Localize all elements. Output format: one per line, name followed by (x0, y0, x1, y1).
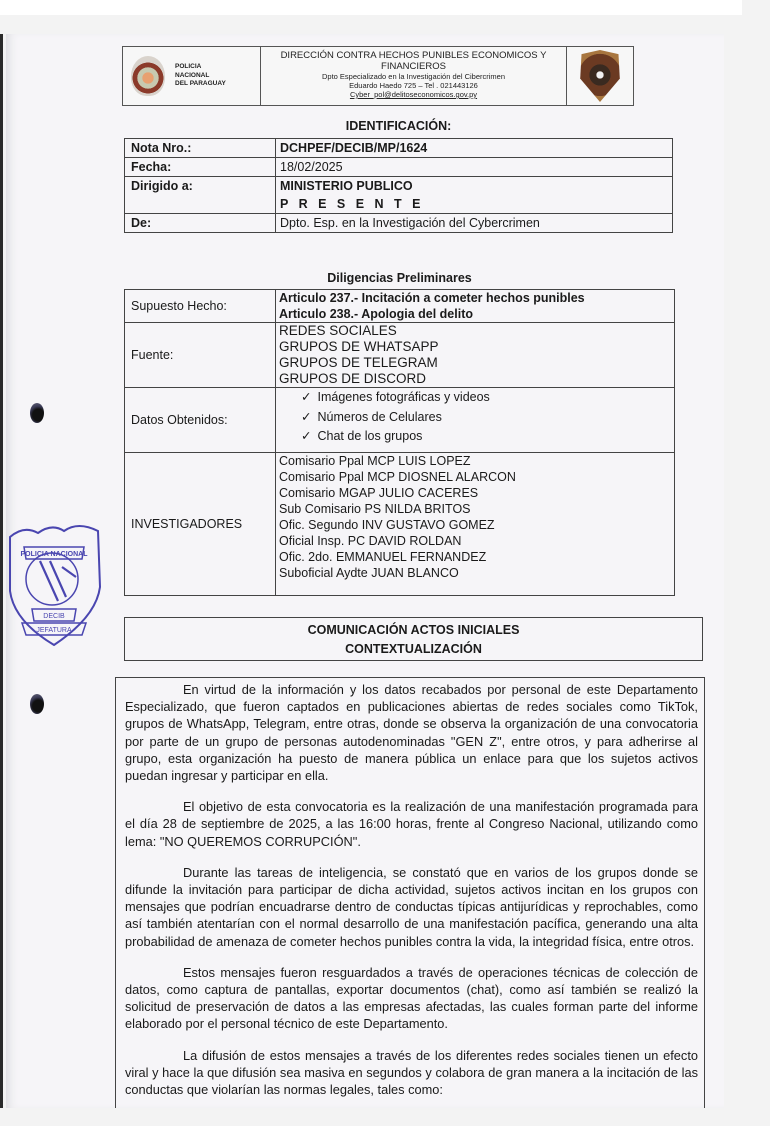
decib-jefatura-stamp-icon: POLICIA NACIONAL DECIB JEFATURA (4, 517, 104, 649)
top-strip (0, 0, 742, 15)
fecha-label: Fecha: (125, 158, 276, 177)
letterhead-right (566, 47, 633, 105)
dirigido-label: Dirigido a: (125, 177, 276, 214)
de-label: De: (125, 214, 276, 233)
diligencias-table: Supuesto Hecho: Articulo 237.- Incitació… (124, 289, 675, 596)
svg-text:POLICIA NACIONAL: POLICIA NACIONAL (20, 551, 88, 558)
letterhead-left: POLICIA NACIONAL DEL PARAGUAY (123, 47, 261, 105)
identificacion-title: IDENTIFICACIÓN: (124, 119, 673, 133)
identificacion-table: Nota Nro.: DCHPEF/DECIB/MP/1624 Fecha: 1… (124, 138, 673, 233)
table-row: Supuesto Hecho: Articulo 237.- Incitació… (125, 290, 675, 323)
supuesto-hecho-label: Supuesto Hecho: (125, 290, 276, 323)
address: Eduardo Haedo 725 – Tel . 021443126 (261, 81, 566, 90)
nota-value: DCHPEF/DECIB/MP/1624 (276, 139, 673, 158)
body-text-box: En virtud de la información y los datos … (115, 677, 705, 1117)
fecha-value: 18/02/2025 (276, 158, 673, 177)
table-row: Dirigido a: MINISTERIO PUBLICO P R E S E… (125, 177, 673, 214)
list-item: ✓Números de Celulares (279, 408, 670, 428)
check-icon: ✓ (301, 410, 311, 424)
paragraph: El objetivo de esta convocatoria es la r… (125, 798, 698, 850)
table-row: INVESTIGADORES Comisario Ppal MCP LUIS L… (125, 453, 675, 596)
paragraph: Estos mensajes fueron resguardados a tra… (125, 964, 698, 1033)
bottom-margin (0, 1108, 770, 1126)
check-icon: ✓ (301, 390, 311, 404)
paragraph: La difusión de estos mensajes a través d… (125, 1047, 698, 1099)
fuente-label: Fuente: (125, 323, 276, 388)
policia-nacional-emblem-icon (131, 56, 165, 96)
dirigido-value: MINISTERIO PUBLICO P R E S E N T E (276, 177, 673, 214)
police-badge-shield-icon (578, 50, 622, 102)
paragraph: Durante las tareas de inteligencia, se c… (125, 864, 698, 950)
comunicacion-header: COMUNICACIÓN ACTOS INICIALES CONTEXTUALI… (124, 617, 703, 661)
investigadores-list: Comisario Ppal MCP LUIS LOPEZ Comisario … (276, 453, 675, 596)
list-item: ✓Imágenes fotográficas y videos (279, 388, 670, 408)
svg-text:JEFATURA: JEFATURA (36, 627, 72, 634)
investigadores-label: INVESTIGADORES (125, 453, 276, 596)
nota-label: Nota Nro.: (125, 139, 276, 158)
punch-hole (30, 694, 44, 714)
comunicacion-title: COMUNICACIÓN ACTOS INICIALES (125, 621, 702, 640)
datos-obtenidos-value: ✓Imágenes fotográficas y videos ✓Números… (276, 388, 675, 453)
direction-title-2: FINANCIEROS (261, 61, 566, 72)
de-value: Dpto. Esp. en la Investigación del Cyber… (276, 214, 673, 233)
check-icon: ✓ (301, 429, 311, 443)
supuesto-hecho-value: Articulo 237.- Incitación a cometer hech… (276, 290, 675, 323)
table-row: Datos Obtenidos: ✓Imágenes fotográficas … (125, 388, 675, 453)
svg-text:DECIB: DECIB (43, 613, 65, 620)
list-item: ✓Chat de los grupos (279, 427, 670, 447)
binder-edge (0, 34, 3, 1108)
direction-title: DIRECCIÓN CONTRA HECHOS PUNIBLES ECONOMI… (261, 50, 566, 61)
fuente-value: REDES SOCIALES GRUPOS DE WHATSAPP GRUPOS… (276, 323, 675, 388)
letterhead-center: DIRECCIÓN CONTRA HECHOS PUNIBLES ECONOMI… (261, 47, 566, 105)
contextualizacion-title: CONTEXTUALIZACIÓN (125, 640, 702, 659)
punch-hole (30, 403, 44, 423)
datos-obtenidos-label: Datos Obtenidos: (125, 388, 276, 453)
email: Cyber_pol@delitoseconomicos.gov.py (261, 90, 566, 99)
paragraph: En virtud de la información y los datos … (125, 681, 698, 784)
table-row: De: Dpto. Esp. en la Investigación del C… (125, 214, 673, 233)
letterhead: POLICIA NACIONAL DEL PARAGUAY DIRECCIÓN … (122, 46, 634, 106)
diligencias-title: Diligencias Preliminares (124, 271, 675, 285)
org-name: POLICIA NACIONAL DEL PARAGUAY (175, 63, 226, 89)
table-row: Fuente: REDES SOCIALES GRUPOS DE WHATSAP… (125, 323, 675, 388)
department-name: Dpto Especializado en la Investigación d… (261, 72, 566, 81)
table-row: Fecha: 18/02/2025 (125, 158, 673, 177)
table-row: Nota Nro.: DCHPEF/DECIB/MP/1624 (125, 139, 673, 158)
